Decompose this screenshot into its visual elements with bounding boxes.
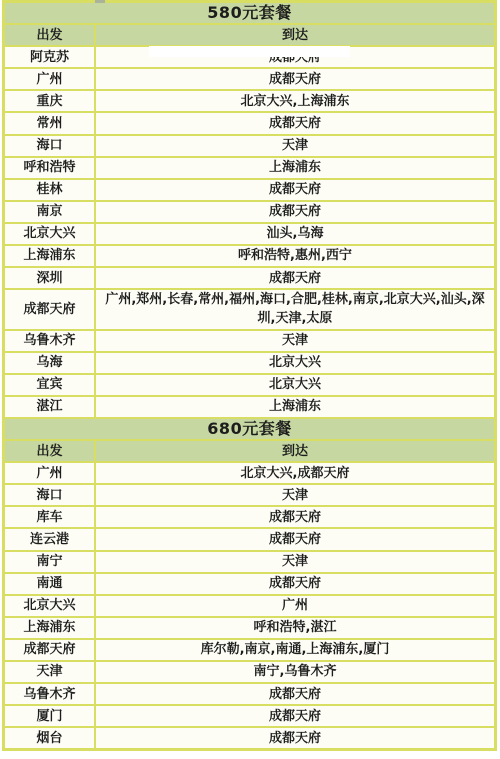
table-row: 桂林成都天府	[5, 178, 494, 200]
depart-cell: 乌海	[5, 353, 96, 373]
arrive-cell: 成都天府	[96, 728, 494, 748]
depart-cell: 天津	[5, 662, 96, 682]
table-row: 乌鲁木齐成都天府	[5, 682, 494, 704]
depart-cell: 乌鲁木齐	[5, 684, 96, 704]
arrive-cell: 成都天府	[96, 113, 494, 133]
depart-cell: 上海浦东	[5, 246, 96, 266]
table-row: 广州北京大兴,成都天府	[5, 461, 494, 483]
table-row: 宜宾北京大兴	[5, 373, 494, 395]
column-header-depart: 出发	[5, 441, 96, 461]
arrive-cell: 北京大兴,成都天府	[96, 463, 494, 483]
arrive-cell: 北京大兴	[96, 375, 494, 395]
depart-cell: 北京大兴	[5, 596, 96, 616]
table-row: 库车成都天府	[5, 505, 494, 527]
arrive-cell: 天津	[96, 552, 494, 572]
table-row: 南通成都天府	[5, 572, 494, 594]
table-row: 呼和浩特上海浦东	[5, 156, 494, 178]
depart-cell: 南京	[5, 202, 96, 222]
depart-cell: 南通	[5, 574, 96, 594]
cropped-row-remnant	[95, 0, 105, 3]
table-row: 上海浦东呼和浩特,湛江	[5, 616, 494, 638]
arrive-cell: 广州,郑州,长春,常州,福州,海口,合肥,桂林,南京,北京大兴,汕头,深圳,天津…	[96, 290, 494, 328]
table-row: 重庆北京大兴,上海浦东	[5, 89, 494, 111]
arrive-cell: 成都天府	[96, 69, 494, 89]
table-row: 厦门成都天府	[5, 704, 494, 726]
arrive-cell: 天津	[96, 485, 494, 505]
arrive-cell: 北京大兴	[96, 353, 494, 373]
table-row: 成都天府广州,郑州,长春,常州,福州,海口,合肥,桂林,南京,北京大兴,汕头,深…	[5, 288, 494, 328]
table-row: 南京成都天府	[5, 200, 494, 222]
depart-cell: 常州	[5, 113, 96, 133]
arrive-cell: 上海浦东	[96, 158, 494, 178]
table-row: 湛江上海浦东	[5, 395, 494, 417]
depart-cell: 桂林	[5, 180, 96, 200]
depart-cell: 广州	[5, 463, 96, 483]
column-header-arrive: 到达	[96, 441, 494, 461]
arrive-cell: 成都天府	[96, 529, 494, 549]
depart-cell: 广州	[5, 69, 96, 89]
depart-cell: 呼和浩特	[5, 158, 96, 178]
arrive-cell: 成都天府	[96, 268, 494, 288]
table-row: 烟台成都天府	[5, 726, 494, 748]
arrive-cell: 上海浦东	[96, 397, 494, 417]
arrive-cell: 汕头,乌海	[96, 224, 494, 244]
table-row: 乌海北京大兴	[5, 351, 494, 373]
depart-cell: 海口	[5, 136, 96, 156]
depart-cell: 北京大兴	[5, 224, 96, 244]
arrive-cell: 成都天府	[96, 202, 494, 222]
column-header-arrive: 到达	[96, 25, 494, 45]
section-title-row: 580元套餐	[5, 3, 494, 23]
depart-cell: 湛江	[5, 397, 96, 417]
table-row: 北京大兴汕头,乌海	[5, 222, 494, 244]
arrive-cell: 北京大兴,上海浦东	[96, 91, 494, 111]
arrive-cell: 成都天府	[96, 574, 494, 594]
depart-cell: 海口	[5, 485, 96, 505]
white-patch-overlay	[149, 46, 350, 57]
column-header-row: 出发到达	[5, 439, 494, 461]
table-row: 上海浦东呼和浩特,惠州,西宁	[5, 244, 494, 266]
arrive-cell: 天津	[96, 331, 494, 351]
table-row: 乌鲁木齐天津	[5, 329, 494, 351]
section-title: 680元套餐	[5, 419, 494, 439]
depart-cell: 库车	[5, 507, 96, 527]
table-row: 南宁天津	[5, 550, 494, 572]
depart-cell: 上海浦东	[5, 618, 96, 638]
table-row: 常州成都天府	[5, 111, 494, 133]
fare-table: 580元套餐出发到达阿克苏成都天府广州成都天府重庆北京大兴,上海浦东常州成都天府…	[2, 0, 497, 751]
arrive-cell: 天津	[96, 136, 494, 156]
depart-cell: 深圳	[5, 268, 96, 288]
arrive-cell: 库尔勒,南京,南通,上海浦东,厦门	[96, 640, 494, 660]
depart-cell: 成都天府	[5, 640, 96, 660]
table-row: 海口天津	[5, 134, 494, 156]
arrive-cell: 南宁,乌鲁木齐	[96, 662, 494, 682]
depart-cell: 阿克苏	[5, 47, 96, 67]
depart-cell: 南宁	[5, 552, 96, 572]
table-row: 广州成都天府	[5, 67, 494, 89]
depart-cell: 烟台	[5, 728, 96, 748]
column-header-row: 出发到达	[5, 23, 494, 45]
depart-cell: 宜宾	[5, 375, 96, 395]
depart-cell: 重庆	[5, 91, 96, 111]
arrive-cell: 呼和浩特,湛江	[96, 618, 494, 638]
column-header-depart: 出发	[5, 25, 96, 45]
table-row: 深圳成都天府	[5, 266, 494, 288]
table-row: 天津南宁,乌鲁木齐	[5, 660, 494, 682]
arrive-cell: 成都天府	[96, 706, 494, 726]
table-row: 连云港成都天府	[5, 527, 494, 549]
fare-table-page: 580元套餐出发到达阿克苏成都天府广州成都天府重庆北京大兴,上海浦东常州成都天府…	[0, 0, 500, 759]
depart-cell: 乌鲁木齐	[5, 331, 96, 351]
table-row: 海口天津	[5, 483, 494, 505]
depart-cell: 连云港	[5, 529, 96, 549]
arrive-cell: 成都天府	[96, 180, 494, 200]
table-row: 成都天府库尔勒,南京,南通,上海浦东,厦门	[5, 638, 494, 660]
arrive-cell: 广州	[96, 596, 494, 616]
section-title-row: 680元套餐	[5, 417, 494, 439]
arrive-cell: 成都天府	[96, 507, 494, 527]
table-row: 北京大兴广州	[5, 594, 494, 616]
section-title: 580元套餐	[5, 3, 494, 23]
arrive-cell: 成都天府	[96, 684, 494, 704]
depart-cell: 成都天府	[5, 290, 96, 328]
arrive-cell: 呼和浩特,惠州,西宁	[96, 246, 494, 266]
depart-cell: 厦门	[5, 706, 96, 726]
